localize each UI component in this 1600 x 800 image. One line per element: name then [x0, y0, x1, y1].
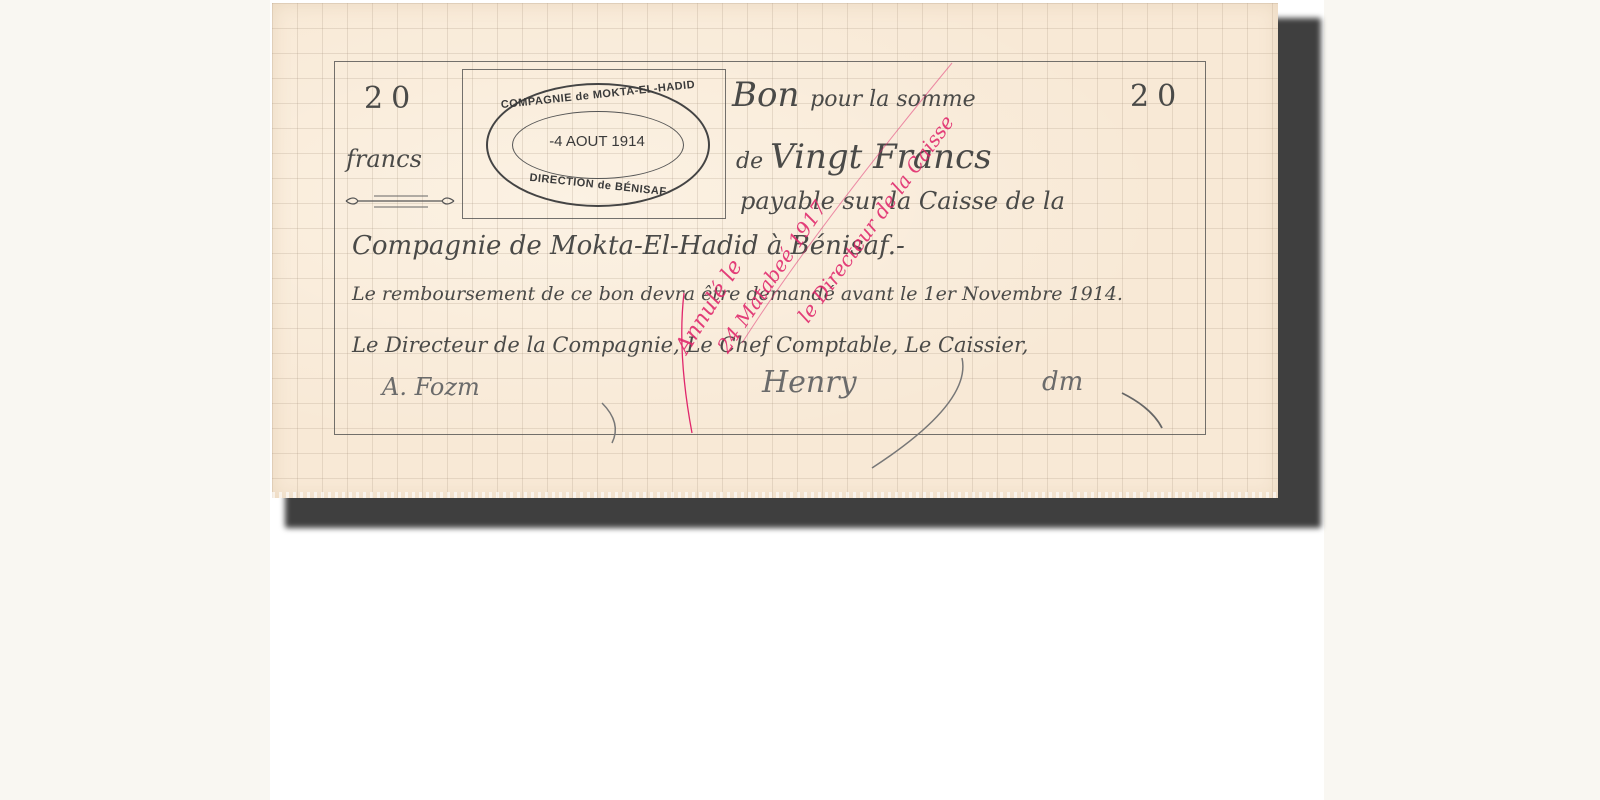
- text-bon-rest: pour la somme: [810, 87, 975, 112]
- text-amount-line: de Vingt Francs: [736, 137, 992, 177]
- signature-director: A. Fozm: [382, 373, 480, 401]
- value-left: 20: [364, 81, 418, 116]
- banknote-image: COMPAGNIE de MOKTA-EL-HADID -4 AOUT 1914…: [272, 3, 1278, 498]
- text-bon: Bon pour la somme: [732, 75, 976, 115]
- signature-chief-accountant: Henry: [762, 365, 857, 400]
- text-de: de: [736, 149, 763, 174]
- text-remboursement: Le remboursement de ce bon devra être de…: [352, 283, 1123, 305]
- text-bon-title: Bon: [732, 75, 799, 115]
- text-compagnie: Compagnie de Mokta-El-Hadid à Bénisaf.-: [352, 231, 905, 261]
- stamp-date: -4 AOUT 1914: [532, 133, 662, 150]
- signature-cashier: dm: [1042, 367, 1083, 397]
- currency-left: francs: [346, 145, 422, 173]
- value-right: 20: [1130, 79, 1184, 114]
- flourish-ornament: [344, 193, 456, 213]
- text-amount: Vingt Francs: [770, 137, 991, 177]
